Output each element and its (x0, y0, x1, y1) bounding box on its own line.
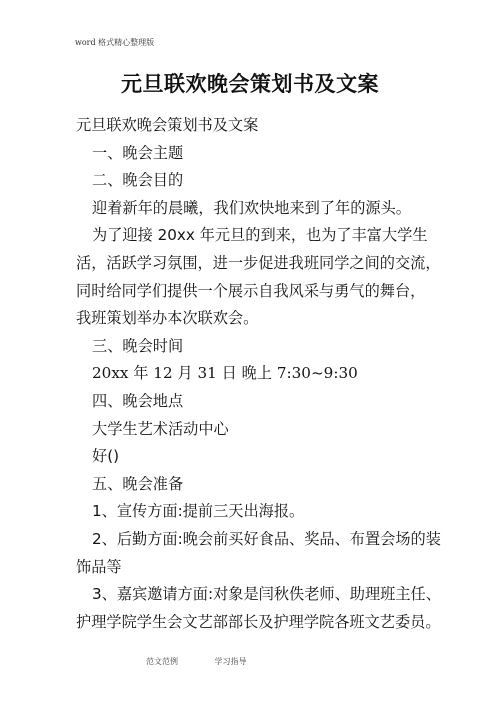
body-line: 20xx 年 12 月 31 日 晚上 7:30~9:30 (76, 360, 436, 388)
body-line: 大学生艺术活动中心 (76, 416, 436, 444)
body-line: 2、后勤方面:晚会前买好食品、奖品、布置会场的装 (76, 526, 436, 554)
body-line: 活，活跃学习氛围，进一步促进我班同学之间的交流， (76, 250, 436, 278)
body-line: 五、晚会准备 (76, 471, 436, 499)
document-title: 元旦联欢晚会策划书及文案 (0, 68, 500, 98)
body-line: 四、晚会地点 (76, 388, 436, 416)
body-line: 护理学院学生会文艺部部长及护理学院各班文艺委员。 (76, 609, 436, 637)
body-line: 一、晚会主题 (76, 140, 436, 168)
page-header: word 格式精心整理版 (75, 37, 154, 48)
body-line: 二、晚会目的 (76, 167, 436, 195)
body-line: 三、晚会时间 (76, 333, 436, 361)
body-line: 好() (76, 443, 436, 471)
body-line: 元旦联欢晚会策划书及文案 (76, 112, 436, 140)
body-line: 为了迎接 20xx 年元旦的到来，也为了丰富大学生 (76, 222, 436, 250)
body-line: 同时给同学们提供一个展示自我风采与勇气的舞台， (76, 278, 436, 306)
document-body: 元旦联欢晚会策划书及文案 一、晚会主题 二、晚会目的 迎着新年的晨曦，我们欢快地… (76, 112, 436, 636)
footer-left: 范文范例 (146, 657, 178, 666)
body-line: 饰品等 (76, 554, 436, 582)
body-line: 3、嘉宾邀请方面:对象是闫秋佚老师、助理班主任、 (76, 581, 436, 609)
body-line: 迎着新年的晨曦，我们欢快地来到了年的源头。 (76, 195, 436, 223)
body-line: 我班策划举办本次联欢会。 (76, 305, 436, 333)
page-footer: 范文范例 学习指导 (146, 656, 281, 667)
footer-right: 学习指导 (215, 657, 247, 666)
body-line: 1、宣传方面:提前三天出海报。 (76, 498, 436, 526)
